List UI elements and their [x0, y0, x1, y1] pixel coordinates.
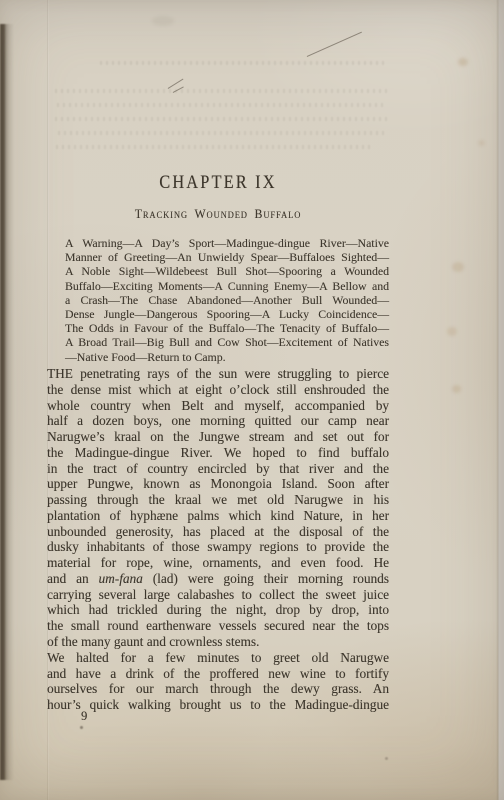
body-line: THE penetrating rays of the sun were str… [47, 366, 389, 382]
body-line: of the many gaunt and crownless stems. [47, 634, 389, 650]
body-line: half a dozen boys, one morning quitted o… [47, 413, 389, 429]
showthrough-line [56, 145, 374, 149]
page-signature-number: 9 [81, 709, 87, 724]
showthrough-line [55, 117, 389, 121]
summary-line: Dense Jungle—Dangerous Spooring—A Lucky … [47, 307, 389, 321]
summary-line: —Native Food—Return to Camp. [47, 350, 389, 364]
foxing-spot [458, 58, 468, 66]
body-line: plantation of hyphæne palms which kind N… [47, 508, 389, 524]
foxing-spot [478, 140, 485, 146]
chapter-subtitle: Tracking Wounded Buffalo [57, 207, 378, 222]
body-line: the small round earthenware vessels secu… [47, 618, 389, 634]
body-line: ourselves for our march through the dewy… [47, 681, 389, 697]
foxing-spot [447, 327, 457, 336]
body-line: in the tract of country encircled by tha… [47, 461, 389, 477]
foxing-spot [152, 16, 174, 26]
showthrough-line [58, 131, 386, 135]
body-line: unbounded generosity, has placed at the … [47, 524, 389, 540]
pencil-mark [168, 79, 184, 90]
showthrough-line [100, 61, 385, 65]
body-line: material for rope, wine, ornaments, and … [47, 555, 389, 571]
body-line: Narugwe’s kraal on the Jungwe stream and… [47, 429, 389, 445]
body-line: which had trickled during the night, dro… [47, 602, 389, 618]
showthrough-line [57, 103, 387, 107]
foxing-spot [452, 262, 464, 272]
chapter-summary: A Warning—A Day’s Sport—Madingue-dingue … [47, 236, 389, 364]
summary-line: A Warning—A Day’s Sport—Madingue-dingue … [47, 236, 389, 250]
body-line: dusky inhabitants of those swampy region… [47, 539, 389, 555]
showthrough-line [55, 89, 390, 93]
body-line: and an um-fana (lad) were going their mo… [47, 571, 389, 587]
summary-line: The Odds in Favour of the Buffalo—The Te… [47, 321, 389, 335]
page-right-edge [496, 0, 504, 800]
book-page: CHAPTER IX Tracking Wounded Buffalo A Wa… [0, 0, 504, 800]
body-line: We halted for a few minutes to greet old… [47, 650, 389, 666]
body-line: hour’s quick walking brought us to the M… [47, 697, 389, 713]
page-left-edge-shadow [0, 24, 14, 780]
summary-line: Manner of Greeting—An Unwieldy Spear—Buf… [47, 250, 389, 264]
body-paragraph-2: We halted for a few minutes to greet old… [47, 650, 389, 713]
summary-line: A Noble Sight—Wildebeest Bull Shot—Spoor… [47, 264, 389, 278]
chapter-title: CHAPTER IX [68, 173, 369, 194]
body-line: the dense mist which at eight o’clock st… [47, 382, 389, 398]
body-line: upper Pungwe, known as Monongoia Island.… [47, 476, 389, 492]
summary-line: a Crash—The Chase Abandoned—Another Bull… [47, 293, 389, 307]
body-line: and have a drink of the proffered new wi… [47, 666, 389, 682]
body-paragraph-1: THE penetrating rays of the sun were str… [47, 366, 389, 650]
summary-line: A Broad Trail—Big Bull and Cow Shot—Exci… [47, 335, 389, 349]
pencil-mark [307, 32, 362, 58]
pencil-mark [173, 86, 184, 93]
body-line: the Madingue-dingue River. We hoped to f… [47, 445, 389, 461]
foxing-spot [452, 385, 461, 393]
body-line: passing through the kraal we met old Nar… [47, 492, 389, 508]
body-text: THE penetrating rays of the sun were str… [47, 366, 389, 713]
ink-speck [385, 757, 388, 760]
body-line: whole country when Belt and myself, acco… [47, 398, 389, 414]
body-line: carrying several large calabashes to col… [47, 587, 389, 603]
summary-line: Buffalo—Exciting Moments—A Cunning Enemy… [47, 279, 389, 293]
ink-speck [80, 726, 83, 729]
